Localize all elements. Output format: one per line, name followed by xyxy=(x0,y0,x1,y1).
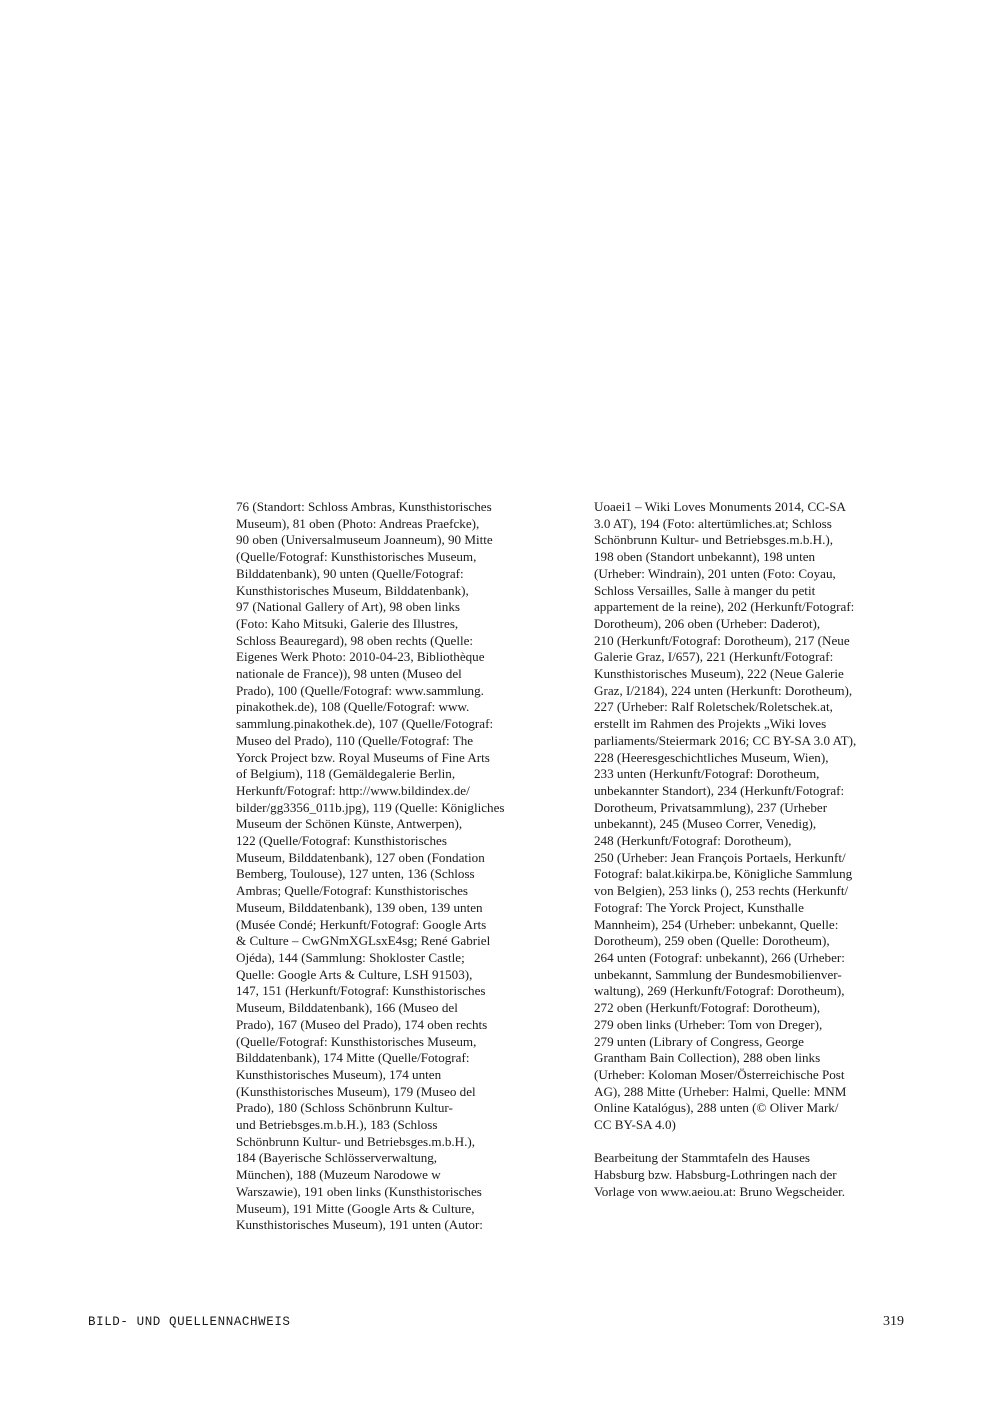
text-line: parliaments/Steiermark 2016; CC BY-SA 3.… xyxy=(594,733,906,750)
text-line: 272 oben (Herkunft/Fotograf: Dorotheum), xyxy=(594,1000,906,1017)
text-line: (Quelle/Fotograf: Kunsthistorisches Muse… xyxy=(236,1034,546,1051)
text-line: (Quelle/Fotograf: Kunsthistorisches Muse… xyxy=(236,549,546,566)
text-line: 227 (Urheber: Ralf Roletschek/Roletschek… xyxy=(594,699,906,716)
running-footer-title: BILD- UND QUELLENNACHWEIS xyxy=(88,1315,291,1329)
text-line: bilder/gg3356_011b.jpg), 119 (Quelle: Kö… xyxy=(236,800,546,817)
text-line: 248 (Herkunft/Fotograf: Dorotheum), xyxy=(594,833,906,850)
credits-column-right: Uoaei1 – Wiki Loves Monuments 2014, CC-S… xyxy=(594,499,906,1201)
text-line: Fotograf: balat.kikirpa.be, Königliche S… xyxy=(594,866,906,883)
text-line: nationale de France)), 98 unten (Museo d… xyxy=(236,666,546,683)
text-line: Graz, I/2184), 224 unten (Herkunft: Doro… xyxy=(594,683,906,700)
text-line: Yorck Project bzw. Royal Museums of Fine… xyxy=(236,750,546,767)
text-line: 76 (Standort: Schloss Ambras, Kunsthisto… xyxy=(236,499,546,516)
text-line: Dorotheum), 259 oben (Quelle: Dorotheum)… xyxy=(594,933,906,950)
text-line: Fotograf: The Yorck Project, Kunsthalle xyxy=(594,900,906,917)
text-line: Museum, Bilddatenbank), 139 oben, 139 un… xyxy=(236,900,546,917)
text-line: AG), 288 Mitte (Urheber: Halmi, Quelle: … xyxy=(594,1084,906,1101)
text-line: appartement de la reine), 202 (Herkunft/… xyxy=(594,599,906,616)
page-number: 319 xyxy=(883,1314,904,1330)
text-line: Museum), 81 oben (Photo: Andreas Praefck… xyxy=(236,516,546,533)
text-line: Museo del Prado), 110 (Quelle/Fotograf: … xyxy=(236,733,546,750)
text-line: Bemberg, Toulouse), 127 unten, 136 (Schl… xyxy=(236,866,546,883)
text-line: München), 188 (Muzeum Narodowe w xyxy=(236,1167,546,1184)
text-line: 279 unten (Library of Congress, George xyxy=(594,1034,906,1051)
text-line: Schönbrunn Kultur- und Betriebsges.m.b.H… xyxy=(594,532,906,549)
text-line: 228 (Heeresgeschichtliches Museum, Wien)… xyxy=(594,750,906,767)
text-line: 147, 151 (Herkunft/Fotograf: Kunsthistor… xyxy=(236,983,546,1000)
text-line: Habsburg bzw. Habsburg-Lothringen nach d… xyxy=(594,1167,906,1184)
text-line: Museum der Schönen Künste, Antwerpen), xyxy=(236,816,546,833)
text-line: Quelle: Google Arts & Culture, LSH 91503… xyxy=(236,967,546,984)
text-line: sammlung.pinakothek.de), 107 (Quelle/Fot… xyxy=(236,716,546,733)
text-line: 3.0 AT), 194 (Foto: altertümliches.at; S… xyxy=(594,516,906,533)
text-line: Museum, Bilddatenbank), 166 (Museo del xyxy=(236,1000,546,1017)
text-line: unbekannt, Sammlung der Bundesmobilienve… xyxy=(594,967,906,984)
text-line: pinakothek.de), 108 (Quelle/Fotograf: ww… xyxy=(236,699,546,716)
text-line: 279 oben links (Urheber: Tom von Dreger)… xyxy=(594,1017,906,1034)
text-line: Museum, Bilddatenbank), 127 oben (Fondat… xyxy=(236,850,546,867)
text-line: Schloss Beauregard), 98 oben rechts (Que… xyxy=(236,633,546,650)
text-line: unbekannter Standort), 234 (Herkunft/Fot… xyxy=(594,783,906,800)
text-line: Warszawie), 191 oben links (Kunsthistori… xyxy=(236,1184,546,1201)
text-line: Prado), 167 (Museo del Prado), 174 oben … xyxy=(236,1017,546,1034)
text-line: Grantham Bain Collection), 288 oben link… xyxy=(594,1050,906,1067)
text-line: 233 unten (Herkunft/Fotograf: Dorotheum, xyxy=(594,766,906,783)
text-line: Ambras; Quelle/Fotograf: Kunsthistorisch… xyxy=(236,883,546,900)
text-line: 122 (Quelle/Fotograf: Kunsthistorisches xyxy=(236,833,546,850)
credits-column-left: 76 (Standort: Schloss Ambras, Kunsthisto… xyxy=(236,499,546,1234)
text-line: unbekannt), 245 (Museo Correr, Venedig), xyxy=(594,816,906,833)
credits-list: Uoaei1 – Wiki Loves Monuments 2014, CC-S… xyxy=(594,499,906,1134)
text-line: Kunsthistorisches Museum), 222 (Neue Gal… xyxy=(594,666,906,683)
text-line: Vorlage von www.aeiou.at: Bruno Wegschei… xyxy=(594,1184,906,1201)
closing-paragraph: Bearbeitung der Stammtafeln des HausesHa… xyxy=(594,1150,906,1200)
text-line: 97 (National Gallery of Art), 98 oben li… xyxy=(236,599,546,616)
text-line: Bilddatenbank), 90 unten (Quelle/Fotogra… xyxy=(236,566,546,583)
paragraph-gap xyxy=(594,1134,906,1151)
text-line: Museum), 191 Mitte (Google Arts & Cultur… xyxy=(236,1201,546,1218)
text-line: 210 (Herkunft/Fotograf: Dorotheum), 217 … xyxy=(594,633,906,650)
text-line: Dorotheum, Privatsammlung), 237 (Urheber xyxy=(594,800,906,817)
text-line: (Kunsthistorisches Museum), 179 (Museo d… xyxy=(236,1084,546,1101)
text-line: Schönbrunn Kultur- und Betriebsges.m.b.H… xyxy=(236,1134,546,1151)
text-line: Dorotheum), 206 oben (Urheber: Daderot), xyxy=(594,616,906,633)
text-line: Online Katalógus), 288 unten (© Oliver M… xyxy=(594,1100,906,1117)
text-line: Prado), 100 (Quelle/Fotograf: www.sammlu… xyxy=(236,683,546,700)
text-line: 250 (Urheber: Jean François Portaels, He… xyxy=(594,850,906,867)
text-line: CC BY-SA 4.0) xyxy=(594,1117,906,1134)
text-line: 184 (Bayerische Schlösserverwaltung, xyxy=(236,1150,546,1167)
text-line: waltung), 269 (Herkunft/Fotograf: Doroth… xyxy=(594,983,906,1000)
text-line: Bearbeitung der Stammtafeln des Hauses xyxy=(594,1150,906,1167)
text-line: Kunsthistorisches Museum), 174 unten xyxy=(236,1067,546,1084)
text-line: Eigenes Werk Photo: 2010-04-23, Biblioth… xyxy=(236,649,546,666)
text-line: (Urheber: Koloman Moser/Österreichische … xyxy=(594,1067,906,1084)
text-line: Schloss Versailles, Salle à manger du pe… xyxy=(594,583,906,600)
text-line: (Urheber: Windrain), 201 unten (Foto: Co… xyxy=(594,566,906,583)
book-page: 76 (Standort: Schloss Ambras, Kunsthisto… xyxy=(0,0,993,1418)
text-line: 90 oben (Universalmuseum Joanneum), 90 M… xyxy=(236,532,546,549)
text-line: Herkunft/Fotograf: http://www.bildindex.… xyxy=(236,783,546,800)
text-line: und Betriebsges.m.b.H.), 183 (Schloss xyxy=(236,1117,546,1134)
text-line: von Belgien), 253 links (), 253 rechts (… xyxy=(594,883,906,900)
text-line: (Musée Condé; Herkunft/Fotograf: Google … xyxy=(236,917,546,934)
text-line: & Culture – CwGNmXGLsxE4sg; René Gabriel xyxy=(236,933,546,950)
text-line: Prado), 180 (Schloss Schönbrunn Kultur- xyxy=(236,1100,546,1117)
text-line: Mannheim), 254 (Urheber: unbekannt, Quel… xyxy=(594,917,906,934)
text-line: 198 oben (Standort unbekannt), 198 unten xyxy=(594,549,906,566)
text-line: Bilddatenbank), 174 Mitte (Quelle/Fotogr… xyxy=(236,1050,546,1067)
text-line: Kunsthistorisches Museum, Bilddatenbank)… xyxy=(236,583,546,600)
text-line: (Foto: Kaho Mitsuki, Galerie des Illustr… xyxy=(236,616,546,633)
text-line: 264 unten (Fotograf: unbekannt), 266 (Ur… xyxy=(594,950,906,967)
text-line: Uoaei1 – Wiki Loves Monuments 2014, CC-S… xyxy=(594,499,906,516)
text-line: Kunsthistorisches Museum), 191 unten (Au… xyxy=(236,1217,546,1234)
text-line: of Belgium), 118 (Gemäldegalerie Berlin, xyxy=(236,766,546,783)
text-line: Ojéda), 144 (Sammlung: Shokloster Castle… xyxy=(236,950,546,967)
text-line: Galerie Graz, I/657), 221 (Herkunft/Foto… xyxy=(594,649,906,666)
text-line: erstellt im Rahmen des Projekts „Wiki lo… xyxy=(594,716,906,733)
